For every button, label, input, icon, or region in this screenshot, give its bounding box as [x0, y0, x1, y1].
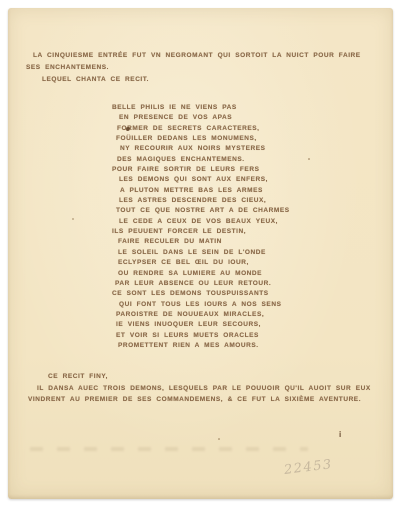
poem-line: TOUT CE QUE NOSTRE ART A DE CHARMES: [116, 206, 290, 216]
paper-speck: [218, 438, 220, 440]
poem-line: DES MAGIQUES ENCHANTEMENS.: [117, 155, 290, 165]
poem-line: LES DEMONS QUI SONT AUX ENFERS,: [119, 175, 290, 185]
paper-speck: [308, 158, 310, 160]
poem-line: POUR FAIRE SORTIR DE LEURS FERS: [112, 165, 290, 175]
poem-line: ILS PEUUENT FORCER LE DESTIN,: [112, 227, 290, 237]
prose-outro: CE RECIT FINY,IL DANSA AUEC TROIS DEMONS…: [28, 371, 371, 406]
poem-line: OU RENDRE SA LUMIERE AU MONDE: [118, 269, 290, 279]
poem-line: PAROISTRE DE NOUUEAUX MIRACLES,: [116, 310, 290, 320]
prose-outro-line: VINDRENT AU PREMIER DE SES COMMANDEMENS,…: [28, 394, 371, 406]
scanned-page: LA CINQUIESME ENTRÉE FUT VN NEGROMANT QU…: [8, 8, 393, 499]
poem-line: FAIRE RECULER DU MATIN: [118, 237, 290, 247]
handwritten-pencil-number: 22453: [283, 457, 333, 478]
signature-mark: i: [339, 430, 341, 439]
poem-line: EN PRESENCE DE VOS APAS: [119, 113, 290, 123]
poem-line: CE SONT LES DEMONS TOUSPUISSANTS: [112, 289, 290, 299]
poem-line: LES ASTRES DESCENDRE DES CIEUX,: [119, 196, 290, 206]
poem-line: FORMER DE SECRETS CARACTERES,: [117, 124, 290, 134]
poem-line: QUI FONT TOUS LES IOURS A NOS SENS: [119, 300, 290, 310]
poem-line: ECLYPSER CE BEL ŒIL DU IOUR,: [118, 258, 290, 268]
prose-intro-line: LEQUEL CHANTA CE RECIT.: [42, 74, 361, 86]
poem-line: A PLUTON METTRE BAS LES ARMES: [120, 186, 290, 196]
poem-line: ET VOIR SI LEURS MUETS ORACLES: [116, 331, 290, 341]
poem-line: BELLE PHILIS IE NE VIENS PAS: [112, 103, 290, 113]
prose-intro-line: SES ENCHANTEMENS.: [26, 62, 361, 74]
poem-line: IE VIENS INUOQUER LEUR SECOURS,: [116, 320, 290, 330]
prose-outro-line: CE RECIT FINY,: [48, 371, 371, 383]
poem-body: BELLE PHILIS IE NE VIENS PASEN PRESENCE …: [112, 103, 290, 351]
prose-intro-line: LA CINQUIESME ENTRÉE FUT VN NEGROMANT QU…: [33, 50, 361, 62]
poem-line: LE SOLEIL DANS LE SEIN DE L'ONDE: [118, 248, 290, 258]
poem-line: PROMETTENT RIEN A MES AMOURS.: [118, 341, 290, 351]
prose-intro: LA CINQUIESME ENTRÉE FUT VN NEGROMANT QU…: [26, 50, 361, 85]
poem-line: FOÜILLER DEDANS LES MONUMENS,: [116, 134, 290, 144]
poem-line: LE CEDE A CEUX DE VOS BEAUX YEUX,: [119, 217, 290, 227]
prose-outro-line: IL DANSA AUEC TROIS DEMONS, LESQUELS PAR…: [37, 383, 371, 395]
poem-line: PAR LEUR ABSENCE OU LEUR RETOUR.: [115, 279, 290, 289]
paper-speck: [72, 218, 74, 220]
poem-line: NY RECOURIR AUX NOIRS MYSTERES: [120, 144, 290, 154]
reverse-side-show-through: [30, 447, 308, 451]
